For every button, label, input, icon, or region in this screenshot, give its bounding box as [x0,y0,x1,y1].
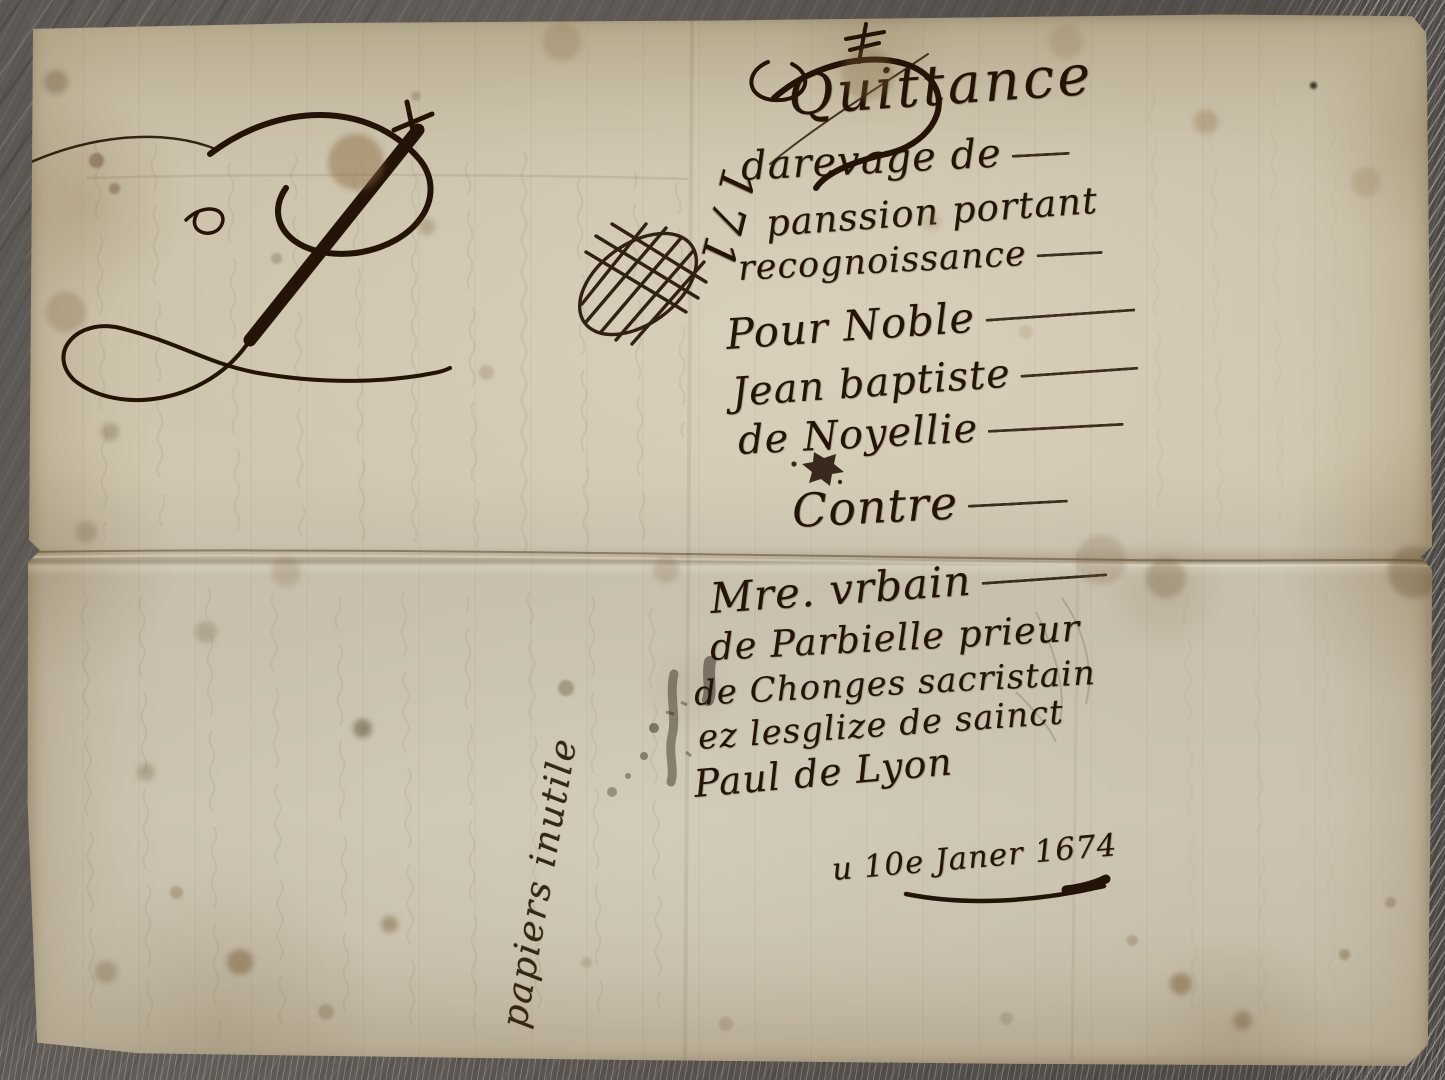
stain [558,680,574,696]
heading-line-quittance: Quittance [786,43,1096,129]
stain [381,916,398,933]
stain [653,557,679,583]
stain [1127,935,1138,946]
stain [1000,1012,1013,1025]
flourish-rule [1021,366,1139,377]
date-line: u 10e Janer 1674 [830,827,1118,888]
crossed-out-scribble [561,213,715,355]
stain [1339,949,1350,960]
stain [1170,973,1192,995]
stain [271,557,301,587]
flourish-rule [988,423,1124,433]
fold-crease [26,546,1432,576]
stain [75,521,97,543]
stain [44,70,68,94]
flourish-rule [1012,152,1070,158]
stain [719,1017,733,1031]
stain [318,1004,334,1020]
cross-icon [846,24,884,62]
stain [1351,167,1381,197]
flourish-rule [968,500,1068,508]
crease-line [30,550,1428,561]
stain [109,183,120,194]
stain [1385,897,1396,908]
stain [1146,558,1186,598]
stain [479,365,494,380]
stain [227,949,253,975]
stain [1194,110,1218,134]
stain [328,134,384,190]
stain [1310,82,1317,89]
manuscript-photo: Quittance darevage de panssion portant r… [0,0,1445,1080]
calligraphic-paraph [26,102,450,400]
stain [271,253,282,264]
versus-line: Contre [791,470,1070,538]
stain [89,153,104,168]
flourish-rule [981,573,1107,585]
side-annotation: papiers inutile [494,734,585,1031]
paper-sheet: Quittance darevage de panssion portant r… [26,12,1432,1068]
stain [418,218,435,235]
stain [1233,1011,1252,1030]
stain [411,91,421,101]
stain [543,23,581,61]
stain [101,423,119,441]
stain [137,763,155,781]
vertical-crease [685,20,692,1060]
stain [46,292,86,332]
heading-text: Quittance [786,43,1096,129]
stain [195,621,217,643]
flourish-rule [985,309,1135,322]
stain [581,957,592,968]
stain [170,886,183,899]
stain [95,961,117,983]
date-underline [906,879,1106,901]
stain [353,719,372,738]
heading-line-2: darevage de [740,127,1071,190]
flourish-rule [1037,251,1103,257]
